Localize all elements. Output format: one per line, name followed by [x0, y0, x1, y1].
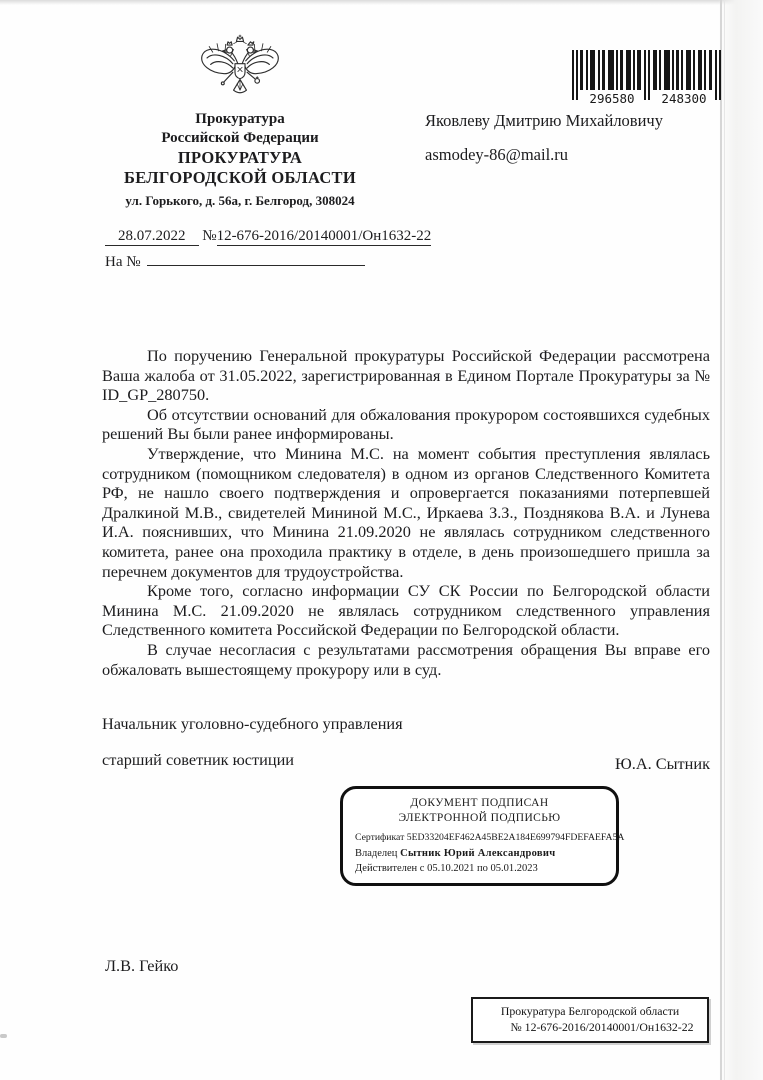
- scanned-letter-page: Прокуратура Российской Федерации ПРОКУРА…: [0, 0, 763, 1080]
- org-address: ул. Горького, д. 56а, г. Белгород, 30802…: [95, 193, 385, 209]
- electronic-signature-stamp: ДОКУМЕНТ ПОДПИСАН ЭЛЕКТРОННОЙ ПОДПИСЬЮ С…: [340, 786, 619, 886]
- number-sign: №: [202, 228, 216, 244]
- body-paragraph: Утверждение, что Минина М.С. на момент с…: [102, 444, 710, 581]
- recipient-block: Яковлеву Дмитрию Михайловичу asmodey-86@…: [425, 104, 663, 172]
- body-paragraph: Кроме того, согласно информации СУ СК Ро…: [102, 581, 710, 640]
- signer-rank: старший советник юстиции: [102, 750, 294, 770]
- org-parent-line1: Прокуратура: [95, 110, 385, 129]
- body-paragraph: Об отсутствии оснований для обжалования …: [102, 405, 710, 444]
- scan-fold-line: [720, 0, 722, 1080]
- letter-body: По поручению Генеральной прокуратуры Рос…: [102, 346, 710, 679]
- esign-owner-value: Сытник Юрий Александрович: [400, 848, 555, 859]
- recipient-name: Яковлеву Дмитрию Михайловичу: [425, 104, 663, 138]
- registration-stamp: Прокуратура Белгородской области № 12-67…: [471, 997, 709, 1043]
- esign-cert-label: Сертификат: [355, 832, 404, 843]
- esign-title: ДОКУМЕНТ ПОДПИСАН ЭЛЕКТРОННОЙ ПОДПИСЬЮ: [343, 796, 616, 825]
- signer-position: Начальник уголовно-судебного управления: [102, 714, 710, 734]
- esign-cert-value: 5ED33204EF462A45BE2A184E699794FDEFAEFA5A: [407, 832, 625, 843]
- signature-block: Начальник уголовно-судебного управления …: [102, 714, 710, 734]
- scan-speck: [0, 1034, 7, 1038]
- registration-stamp-org: Прокуратура Белгородской области: [473, 1003, 707, 1019]
- esign-valid-to-label: по: [477, 863, 488, 874]
- esign-valid-from: 05.10.2021: [427, 863, 474, 874]
- body-paragraph: В случае несогласия с результатами рассм…: [102, 640, 710, 679]
- reply-to-line: На №: [105, 251, 365, 271]
- body-paragraph: По поручению Генеральной прокуратуры Рос…: [102, 346, 710, 405]
- org-name-line2: БЕЛГОРОДСКОЙ ОБЛАСТИ: [95, 168, 385, 188]
- recipient-email: asmodey-86@mail.ru: [425, 138, 663, 172]
- esign-certificate-line: Сертификат 5ED33204EF462A45BE2A184E69979…: [355, 830, 606, 846]
- outgoing-number: 12-676-2016/20140001/Он1632-22: [217, 228, 432, 246]
- barcode-number-right: 248300: [661, 91, 706, 106]
- org-name: ПРОКУРАТУРА БЕЛГОРОДСКОЙ ОБЛАСТИ: [95, 148, 385, 188]
- registration-stamp-number: № 12-676-2016/20140001/Он1632-22: [473, 1019, 707, 1035]
- outgoing-reference-line: 28.07.2022 №12-676-2016/20140001/Он1632-…: [105, 228, 431, 246]
- esign-valid-to: 05.01.2023: [490, 863, 537, 874]
- org-parent-name: Прокуратура Российской Федерации: [95, 110, 385, 148]
- org-parent-line2: Российской Федерации: [95, 129, 385, 148]
- esign-title-line2: ЭЛЕКТРОННОЙ ПОДПИСЬЮ: [343, 811, 616, 826]
- esign-validity-line: Действителен с 05.10.2021 по 05.01.2023: [355, 861, 606, 877]
- executor-name: Л.В. Гейко: [105, 956, 178, 976]
- barcode: 296580 248300: [572, 50, 722, 108]
- esign-owner-line: Владелец Сытник Юрий Александрович: [355, 846, 606, 862]
- esign-valid-label: Действителен с: [355, 863, 424, 874]
- reply-to-rule: [147, 251, 365, 266]
- coat-of-arms-icon: [197, 26, 283, 110]
- esign-owner-label: Владелец: [355, 848, 397, 859]
- esign-title-line1: ДОКУМЕНТ ПОДПИСАН: [343, 796, 616, 811]
- scan-top-shadow: [0, 0, 763, 5]
- org-name-line1: ПРОКУРАТУРА: [95, 148, 385, 168]
- scan-fold-line-2: [724, 0, 725, 1080]
- signer-name: Ю.А. Сытник: [615, 754, 710, 774]
- reply-to-label: На №: [105, 254, 141, 270]
- esign-details: Сертификат 5ED33204EF462A45BE2A184E69979…: [355, 830, 606, 877]
- outgoing-date: 28.07.2022: [105, 228, 199, 246]
